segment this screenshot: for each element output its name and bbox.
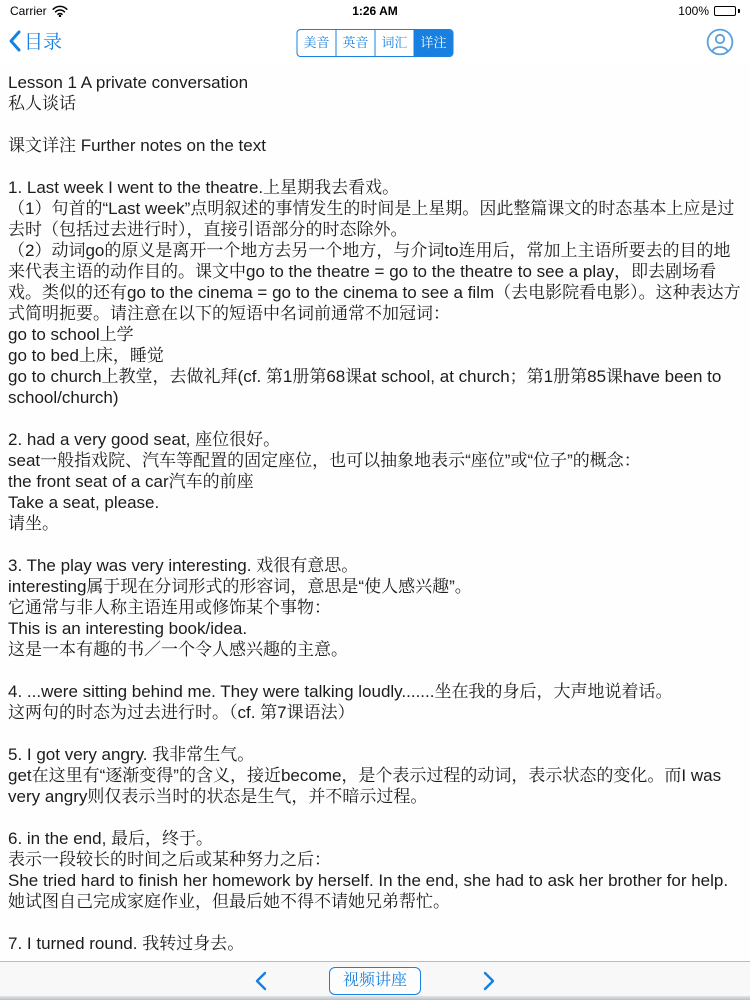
note-1: 1. Last week I went to the theatre.上星期我去… xyxy=(8,177,742,408)
back-button-label: 目录 xyxy=(24,27,62,54)
chevron-left-icon xyxy=(8,29,22,53)
lesson-notes-content[interactable]: Lesson 1 A private conversation 私人谈话 课文详… xyxy=(0,63,750,1000)
note-4: 4. ...were sitting behind me. They were … xyxy=(8,681,742,723)
bottom-toolbar: 视频讲座 xyxy=(0,961,750,1000)
previous-page-button[interactable] xyxy=(250,969,274,993)
app-screen: Carrier 1:26 AM 100% 目录 美音 xyxy=(0,0,750,1000)
video-lecture-button[interactable]: 视频讲座 xyxy=(329,967,421,995)
account-button[interactable] xyxy=(706,28,734,56)
status-clock: 1:26 AM xyxy=(0,4,750,18)
chevron-left-icon xyxy=(250,969,274,993)
screen-bottom-edge xyxy=(0,996,750,1000)
note-7-clipped: 7. I turned round. 我转过身去。 xyxy=(8,933,742,954)
view-mode-segmented-control: 美音 英音 词汇 详注 xyxy=(297,29,454,57)
tab-us-audio[interactable]: 美音 xyxy=(298,30,336,56)
chevron-right-icon xyxy=(476,969,500,993)
tab-vocabulary[interactable]: 词汇 xyxy=(375,30,414,56)
note-2: 2. had a very good seat, 座位很好。 seat一般指戏院… xyxy=(8,429,742,534)
note-6: 6. in the end, 最后，终于。 表示一段较长的时间之后或某种努力之后… xyxy=(8,828,742,912)
section-heading: 课文详注 Further notes on the text xyxy=(8,135,742,156)
note-3: 3. The play was very interesting. 戏很有意思。… xyxy=(8,555,742,660)
status-bar: Carrier 1:26 AM 100% xyxy=(0,0,750,22)
note-5: 5. I got very angry. 我非常生气。 get在这里有“逐渐变得… xyxy=(8,744,742,807)
account-person-icon xyxy=(706,28,734,56)
next-page-button[interactable] xyxy=(476,969,500,993)
lesson-title: Lesson 1 A private conversation 私人谈话 xyxy=(8,72,742,114)
navigation-bar: 目录 美音 英音 词汇 详注 xyxy=(0,22,750,64)
back-button[interactable]: 目录 xyxy=(8,27,62,54)
tab-uk-audio[interactable]: 英音 xyxy=(336,30,375,56)
tab-detailed-notes[interactable]: 详注 xyxy=(414,30,453,56)
